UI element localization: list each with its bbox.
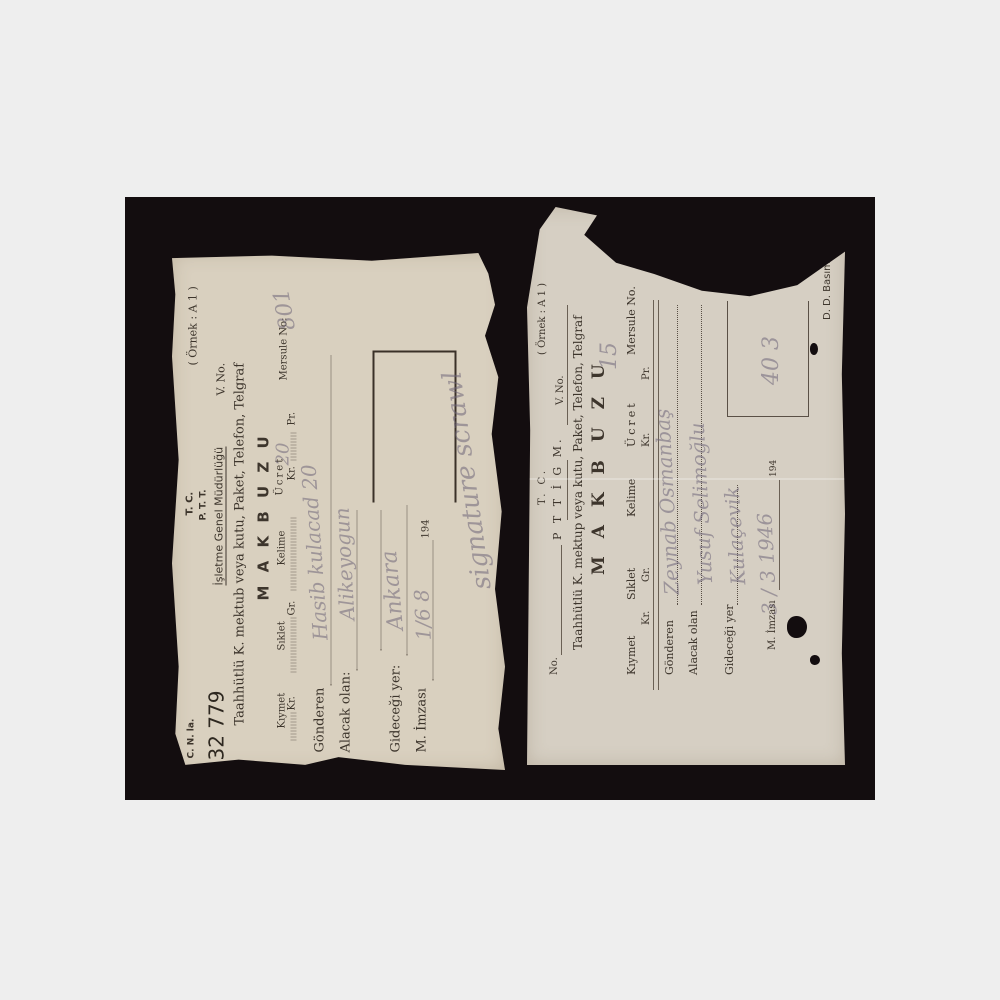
siklet-gr: Gr.: [286, 600, 297, 615]
siklet-hatch: [290, 617, 296, 672]
siklet-label: Sıklet: [625, 568, 638, 600]
v-no-label: V. No.: [555, 375, 566, 405]
no-label: No.: [549, 657, 560, 675]
no-line: [561, 545, 562, 655]
imza-label: M. İmzası: [414, 688, 429, 752]
right-receipt: No. T. C. P T T İ G M. ( Örnek : A 1 ) V…: [527, 207, 845, 765]
paper-hole-small: [810, 655, 820, 665]
kiymet-kr: Kr.: [286, 696, 297, 710]
handwriting-date: 3 / 3 1946: [752, 512, 781, 615]
siklet-label: Sıklet: [276, 621, 287, 650]
serial-number: 32 779: [204, 690, 228, 760]
paper-fold: [527, 478, 845, 480]
gidecegi-line: [406, 505, 407, 655]
year-prefix: 194: [420, 519, 431, 538]
model-label: ( Örnek : A 1 ): [537, 283, 548, 355]
gidecegi-label: Gideceği yer:: [388, 664, 403, 752]
handwriting-alacak: Alikeyogun: [329, 506, 359, 620]
handwriting-ucret: 15: [597, 342, 622, 370]
form-code-label: C. N. la.: [186, 718, 196, 758]
right-receipt-form: No. T. C. P T T İ G M. ( Örnek : A 1 ) V…: [527, 207, 845, 765]
ucret-label: Ücret: [625, 400, 638, 447]
siklet-gr: Gr.: [641, 567, 652, 582]
gidecegi-label: Gideceği yer: [723, 604, 736, 675]
handwriting-date: 1/6 8: [409, 588, 436, 640]
left-receipt-form: C. N. la. 32 779 T. C. P. T. T. İşletme …: [172, 253, 505, 770]
service-line: Taahhütlü K. mektup veya kutu, Paket, Te…: [571, 315, 585, 650]
mersule-label: Mersule No.: [625, 286, 638, 355]
kelime-hatch: [290, 515, 296, 590]
handwriting-ucret: 20: [272, 442, 293, 465]
handwriting-alacak: Yusuf Selimoğlu: [685, 422, 717, 586]
kiymet-label: Kıymet: [625, 636, 638, 675]
model-label: ( Örnek : A 1 ): [186, 286, 199, 365]
gonderen-label: Gönderen: [663, 620, 676, 675]
year-prefix: 194: [769, 460, 779, 477]
left-receipt: C. N. la. 32 779 T. C. P. T. T. İşletme …: [172, 253, 505, 770]
kiymet-hatch: [290, 712, 296, 740]
paper-tear-mark: [810, 343, 818, 355]
alacak-label: Alacak olan:: [338, 671, 353, 752]
handwriting-box: 40 3: [759, 336, 784, 385]
alacak-label: Alacak olan: [687, 610, 700, 675]
ucret-kr: Kr.: [286, 466, 297, 480]
ucret-kr: Kr.: [641, 433, 652, 447]
handwriting-gidecegi: Kulaçevik: [720, 486, 751, 586]
v-no-line: [567, 305, 568, 425]
header-ptt: P. T. T.: [198, 489, 208, 520]
header-tc: T. C.: [184, 491, 195, 515]
kiymet-kr: Kr.: [641, 611, 652, 625]
receipt-title: M A K B U Z U: [254, 432, 272, 600]
receipt-title: M A K B U Z U: [589, 358, 609, 575]
header-ptt: P T T İ G M.: [551, 437, 564, 540]
gonderen-label: Gönderen: [312, 687, 327, 752]
ucret-pr: Pr.: [286, 411, 297, 425]
service-line: Taahhütlü K. mektub veya kutu, Paket, Te…: [232, 362, 247, 725]
kelime-label: Kelime: [625, 479, 638, 517]
header-tc: T. C.: [537, 468, 548, 505]
kelime-label: Kelime: [276, 530, 287, 565]
ucret-pr: Pr.: [641, 366, 652, 380]
handwriting-gonderen: Hasib kulacad 20: [296, 463, 332, 640]
handwriting-mersule: 801: [269, 286, 301, 332]
kiymet-label: Kıymet: [276, 692, 287, 728]
header-directorate: İşletme Genel Müdürlüğü: [212, 446, 226, 585]
paper-hole: [787, 616, 807, 638]
header-underline: [567, 460, 568, 520]
v-no-label: V. No.: [214, 362, 227, 395]
